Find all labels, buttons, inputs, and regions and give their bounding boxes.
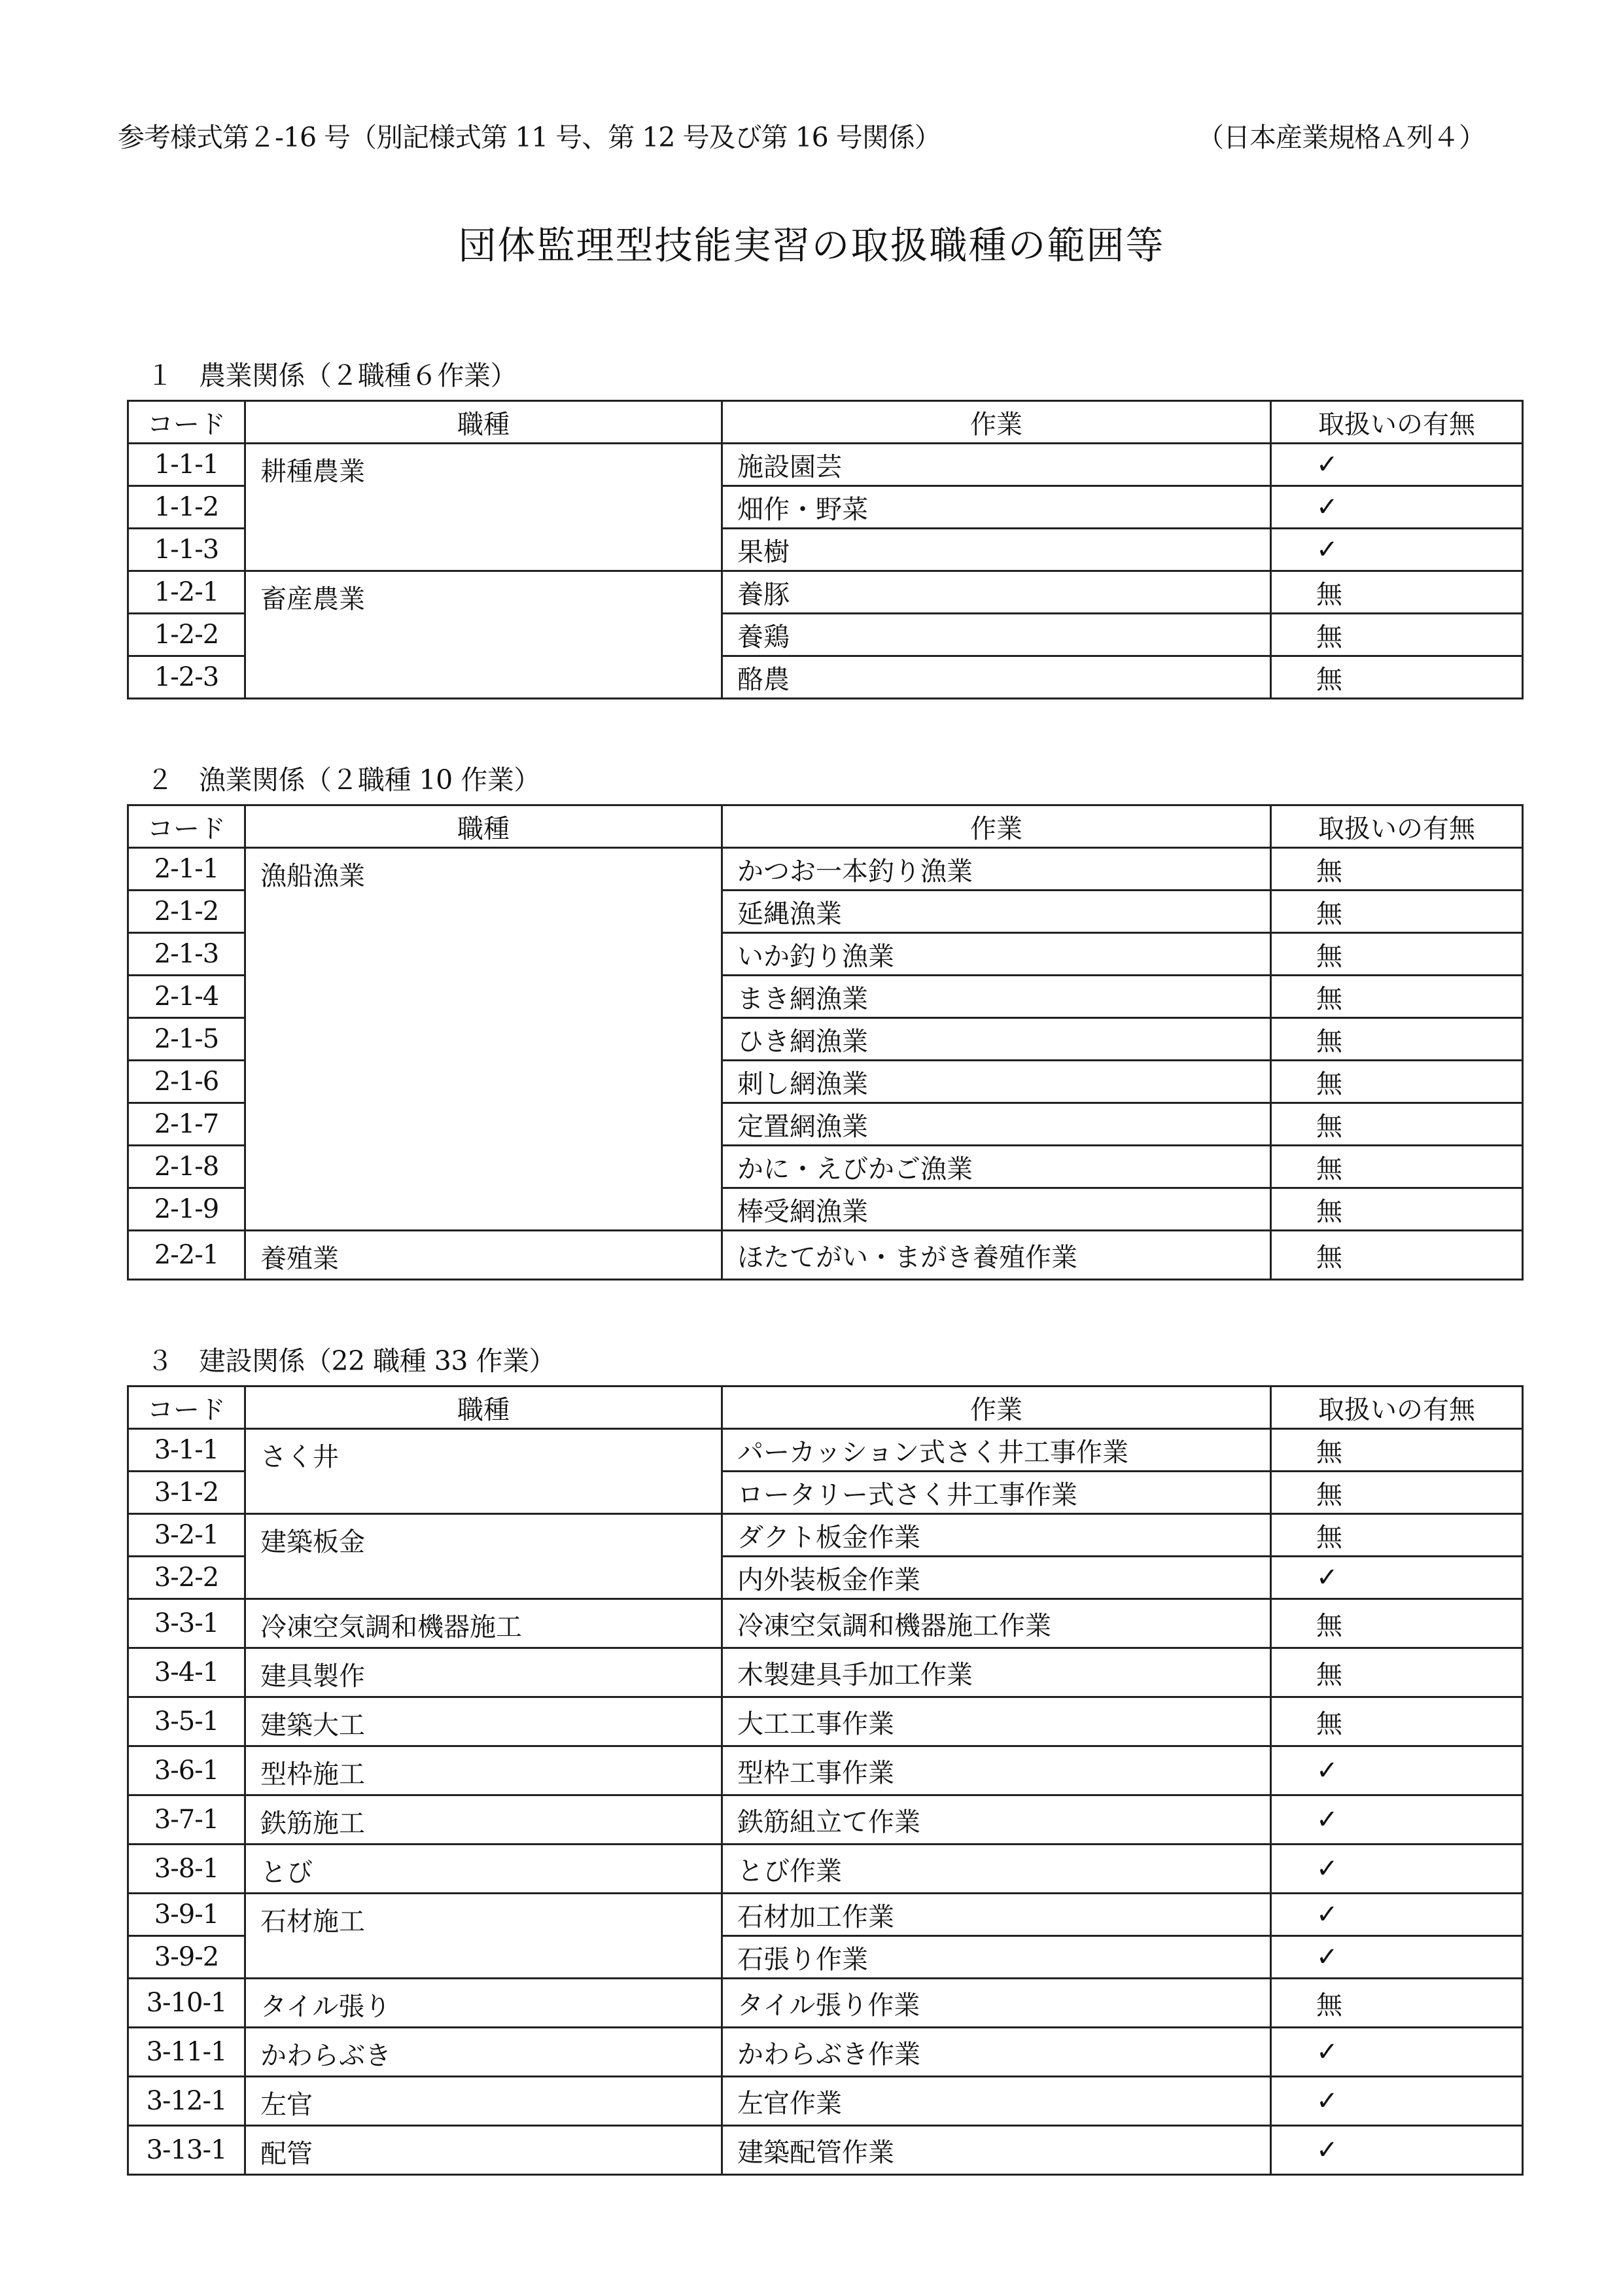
handled-none-mark: 無	[1316, 1523, 1342, 1553]
work-item: ダクト板金作業	[722, 1514, 1271, 1557]
handled-status: ✓	[1271, 2028, 1523, 2077]
handled-status: ✓	[1271, 1746, 1523, 1795]
work-item: 施設園芸	[722, 444, 1271, 486]
work-item: かつお一本釣り漁業	[722, 848, 1271, 891]
section-heading-construction: ３建設関係（22 職種 33 作業）	[147, 1343, 555, 1379]
table-row: 2-1-1漁船漁業かつお一本釣り漁業無	[128, 848, 1523, 891]
section-heading-fishery: ２漁業関係（２職種 10 作業）	[147, 762, 540, 798]
job-code: 3-4-1	[128, 1648, 245, 1697]
paper-size-note: （日本産業規格Ａ列４）	[1197, 118, 1485, 157]
handled-status: 無	[1271, 656, 1523, 699]
checkmark-icon: ✓	[1316, 450, 1338, 480]
table-row: 3-8-1とびとび作業✓	[128, 1845, 1523, 1894]
handled-status: ✓	[1271, 2077, 1523, 2126]
handled-status: ✓	[1271, 444, 1523, 486]
table-header-row: コード 職種 作業 取扱いの有無	[128, 1386, 1523, 1429]
job-code: 3-3-1	[128, 1599, 245, 1648]
table-row: 3-5-1建築大工大工工事作業無	[128, 1697, 1523, 1746]
handled-status: ✓	[1271, 1936, 1523, 1979]
checkmark-icon: ✓	[1316, 1805, 1338, 1835]
handled-status: 無	[1271, 848, 1523, 891]
job-code: 3-5-1	[128, 1697, 245, 1746]
handled-none-mark: 無	[1316, 1660, 1342, 1690]
handled-none-mark: 無	[1316, 1480, 1342, 1510]
table-row: 3-12-1左官左官作業✓	[128, 2077, 1523, 2126]
job-code: 2-1-9	[128, 1188, 245, 1231]
work-item: 定置網漁業	[722, 1103, 1271, 1146]
work-item: 内外装板金作業	[722, 1557, 1271, 1599]
handled-status: 無	[1271, 1697, 1523, 1746]
job-code: 2-2-1	[128, 1231, 245, 1280]
column-header-work: 作業	[722, 1386, 1271, 1429]
checkmark-icon: ✓	[1316, 2135, 1338, 2165]
handled-status: 無	[1271, 1018, 1523, 1061]
handled-status: 無	[1271, 1061, 1523, 1103]
work-item: 果樹	[722, 529, 1271, 571]
handled-status: 無	[1271, 1146, 1523, 1188]
handled-none-mark: 無	[1316, 1027, 1342, 1057]
column-header-job-type: 職種	[245, 1386, 722, 1429]
job-code: 2-1-4	[128, 976, 245, 1018]
work-item: かに・えびかご漁業	[722, 1146, 1271, 1188]
work-item: 建築配管作業	[722, 2126, 1271, 2175]
column-header-handled: 取扱いの有無	[1271, 401, 1523, 444]
jobs-table-fishery: コード 職種 作業 取扱いの有無 2-1-1漁船漁業かつお一本釣り漁業無2-1-…	[127, 804, 1524, 1280]
handled-status: 無	[1271, 933, 1523, 976]
jobs-table-construction: コード 職種 作業 取扱いの有無 3-1-1さく井パーカッション式さく井工事作業…	[127, 1385, 1524, 2176]
column-header-job-type: 職種	[245, 401, 722, 444]
handled-status: ✓	[1271, 1795, 1523, 1845]
work-item: 刺し網漁業	[722, 1061, 1271, 1103]
handled-status: ✓	[1271, 1557, 1523, 1599]
work-item: まき網漁業	[722, 976, 1271, 1018]
table-row: 3-2-1建築板金ダクト板金作業無	[128, 1514, 1523, 1557]
section-number: ２	[147, 762, 199, 798]
work-item: 畑作・野菜	[722, 486, 1271, 529]
table-row: 3-9-1石材施工石材加工作業✓	[128, 1894, 1523, 1936]
handled-none-mark: 無	[1316, 1438, 1342, 1468]
job-type: 養殖業	[245, 1231, 722, 1280]
handled-status: 無	[1271, 614, 1523, 656]
handled-status: 無	[1271, 1514, 1523, 1557]
table-row: 3-10-1タイル張りタイル張り作業無	[128, 1979, 1523, 2028]
job-code: 3-7-1	[128, 1795, 245, 1845]
job-code: 3-9-1	[128, 1894, 245, 1936]
table-row: 1-1-1耕種農業施設園芸✓	[128, 444, 1523, 486]
table-row: 2-2-1養殖業ほたてがい・まがき養殖作業無	[128, 1231, 1523, 1280]
job-code: 3-2-2	[128, 1557, 245, 1599]
section-title: 農業関係（２職種６作業）	[199, 360, 517, 391]
handled-none-mark: 無	[1316, 1197, 1342, 1227]
handled-none-mark: 無	[1316, 1709, 1342, 1739]
job-code: 3-1-1	[128, 1429, 245, 1472]
handled-status: 無	[1271, 976, 1523, 1018]
handled-none-mark: 無	[1316, 580, 1342, 610]
handled-status: 無	[1271, 1231, 1523, 1280]
job-type: さく井	[245, 1429, 722, 1514]
work-item: ロータリー式さく井工事作業	[722, 1472, 1271, 1514]
work-item: 石材加工作業	[722, 1894, 1271, 1936]
form-reference: 参考様式第２-16 号（別記様式第 11 号、第 12 号及び第 16 号関係）	[118, 118, 941, 157]
work-item: 棒受網漁業	[722, 1188, 1271, 1231]
job-code: 3-13-1	[128, 2126, 245, 2175]
handled-status: ✓	[1271, 2126, 1523, 2175]
work-item: 左官作業	[722, 2077, 1271, 2126]
work-item: 石張り作業	[722, 1936, 1271, 1979]
job-code: 3-9-2	[128, 1936, 245, 1979]
handled-status: 無	[1271, 891, 1523, 933]
job-type: 鉄筋施工	[245, 1795, 722, 1845]
work-item: 型枠工事作業	[722, 1746, 1271, 1795]
job-type: 左官	[245, 2077, 722, 2126]
table-row: 3-13-1配管建築配管作業✓	[128, 2126, 1523, 2175]
work-item: ほたてがい・まがき養殖作業	[722, 1231, 1271, 1280]
checkmark-icon: ✓	[1316, 2086, 1338, 2116]
table-row: 3-7-1鉄筋施工鉄筋組立て作業✓	[128, 1795, 1523, 1845]
handled-none-mark: 無	[1316, 899, 1342, 929]
handled-none-mark: 無	[1316, 984, 1342, 1014]
document-title: 団体監理型技能実習の取扱職種の範囲等	[0, 219, 1623, 272]
handled-none-mark: 無	[1316, 1611, 1342, 1641]
table-row: 3-4-1建具製作木製建具手加工作業無	[128, 1648, 1523, 1697]
handled-none-mark: 無	[1316, 665, 1342, 695]
job-code: 3-11-1	[128, 2028, 245, 2077]
checkmark-icon: ✓	[1316, 1942, 1338, 1972]
work-item: 大工工事作業	[722, 1697, 1271, 1746]
job-code: 2-1-3	[128, 933, 245, 976]
checkmark-icon: ✓	[1316, 1756, 1338, 1786]
table-row: 1-2-1畜産農業養豚無	[128, 571, 1523, 614]
work-item: 養豚	[722, 571, 1271, 614]
job-code: 1-1-2	[128, 486, 245, 529]
checkmark-icon: ✓	[1316, 1563, 1338, 1593]
job-type: 建築大工	[245, 1697, 722, 1746]
work-item: パーカッション式さく井工事作業	[722, 1429, 1271, 1472]
table-header-row: コード 職種 作業 取扱いの有無	[128, 805, 1523, 848]
handled-none-mark: 無	[1316, 942, 1342, 972]
handled-none-mark: 無	[1316, 1243, 1342, 1273]
handled-status: 無	[1271, 1429, 1523, 1472]
job-code: 2-1-2	[128, 891, 245, 933]
job-code: 3-12-1	[128, 2077, 245, 2126]
handled-status: 無	[1271, 1103, 1523, 1146]
job-code: 2-1-5	[128, 1018, 245, 1061]
work-item: 冷凍空気調和機器施工作業	[722, 1599, 1271, 1648]
table-header-row: コード 職種 作業 取扱いの有無	[128, 401, 1523, 444]
job-code: 1-1-3	[128, 529, 245, 571]
checkmark-icon: ✓	[1316, 2037, 1338, 2067]
table-row: 3-3-1冷凍空気調和機器施工冷凍空気調和機器施工作業無	[128, 1599, 1523, 1648]
job-code: 1-2-3	[128, 656, 245, 699]
column-header-code: コード	[128, 401, 245, 444]
table-row: 3-11-1かわらぶきかわらぶき作業✓	[128, 2028, 1523, 2077]
section-heading-agriculture: １農業関係（２職種６作業）	[147, 357, 517, 394]
page-header: 参考様式第２-16 号（別記様式第 11 号、第 12 号及び第 16 号関係）…	[118, 118, 1485, 157]
work-item: 鉄筋組立て作業	[722, 1795, 1271, 1845]
jobs-table-agriculture: コード 職種 作業 取扱いの有無 1-1-1耕種農業施設園芸✓1-1-2畑作・野…	[127, 400, 1524, 699]
handled-status: ✓	[1271, 486, 1523, 529]
job-code: 3-2-1	[128, 1514, 245, 1557]
work-item: 木製建具手加工作業	[722, 1648, 1271, 1697]
section-title: 建設関係（22 職種 33 作業）	[199, 1345, 555, 1377]
handled-none-mark: 無	[1316, 1154, 1342, 1184]
job-code: 1-1-1	[128, 444, 245, 486]
work-item: 養鶏	[722, 614, 1271, 656]
handled-status: ✓	[1271, 1845, 1523, 1894]
column-header-work: 作業	[722, 805, 1271, 848]
job-type: 漁船漁業	[245, 848, 722, 1231]
handled-status: 無	[1271, 1188, 1523, 1231]
job-type: 耕種農業	[245, 444, 722, 571]
checkmark-icon: ✓	[1316, 535, 1338, 565]
job-code: 3-8-1	[128, 1845, 245, 1894]
checkmark-icon: ✓	[1316, 492, 1338, 522]
job-type: 石材施工	[245, 1894, 722, 1979]
column-header-code: コード	[128, 805, 245, 848]
work-item: 酪農	[722, 656, 1271, 699]
work-item: とび作業	[722, 1845, 1271, 1894]
checkmark-icon: ✓	[1316, 1899, 1338, 1930]
column-header-code: コード	[128, 1386, 245, 1429]
handled-none-mark: 無	[1316, 1112, 1342, 1142]
handled-status: 無	[1271, 571, 1523, 614]
job-type: 型枠施工	[245, 1746, 722, 1795]
work-item: ひき網漁業	[722, 1018, 1271, 1061]
work-item: タイル張り作業	[722, 1979, 1271, 2028]
column-header-work: 作業	[722, 401, 1271, 444]
checkmark-icon: ✓	[1316, 1854, 1338, 1884]
job-type: 配管	[245, 2126, 722, 2175]
job-code: 3-6-1	[128, 1746, 245, 1795]
section-number: １	[147, 357, 199, 394]
job-code: 2-1-1	[128, 848, 245, 891]
section-number: ３	[147, 1343, 199, 1379]
job-type: 建築板金	[245, 1514, 722, 1599]
handled-status: 無	[1271, 1472, 1523, 1514]
handled-status: 無	[1271, 1599, 1523, 1648]
column-header-handled: 取扱いの有無	[1271, 1386, 1523, 1429]
job-code: 2-1-8	[128, 1146, 245, 1188]
handled-status: ✓	[1271, 1894, 1523, 1936]
job-code: 1-2-1	[128, 571, 245, 614]
section-title: 漁業関係（２職種 10 作業）	[199, 764, 540, 796]
handled-status: 無	[1271, 1979, 1523, 2028]
handled-none-mark: 無	[1316, 1990, 1342, 2021]
column-header-handled: 取扱いの有無	[1271, 805, 1523, 848]
job-type: かわらぶき	[245, 2028, 722, 2077]
job-type: 建具製作	[245, 1648, 722, 1697]
column-header-job-type: 職種	[245, 805, 722, 848]
work-item: いか釣り漁業	[722, 933, 1271, 976]
job-code: 2-1-6	[128, 1061, 245, 1103]
job-code: 2-1-7	[128, 1103, 245, 1146]
handled-status: ✓	[1271, 529, 1523, 571]
table-row: 3-1-1さく井パーカッション式さく井工事作業無	[128, 1429, 1523, 1472]
job-type: タイル張り	[245, 1979, 722, 2028]
handled-none-mark: 無	[1316, 622, 1342, 652]
handled-none-mark: 無	[1316, 857, 1342, 887]
work-item: かわらぶき作業	[722, 2028, 1271, 2077]
job-code: 3-10-1	[128, 1979, 245, 2028]
job-code: 1-2-2	[128, 614, 245, 656]
table-row: 3-6-1型枠施工型枠工事作業✓	[128, 1746, 1523, 1795]
job-type: とび	[245, 1845, 722, 1894]
handled-none-mark: 無	[1316, 1069, 1342, 1099]
work-item: 延縄漁業	[722, 891, 1271, 933]
job-code: 3-1-2	[128, 1472, 245, 1514]
job-type: 畜産農業	[245, 571, 722, 699]
handled-status: 無	[1271, 1648, 1523, 1697]
job-type: 冷凍空気調和機器施工	[245, 1599, 722, 1648]
